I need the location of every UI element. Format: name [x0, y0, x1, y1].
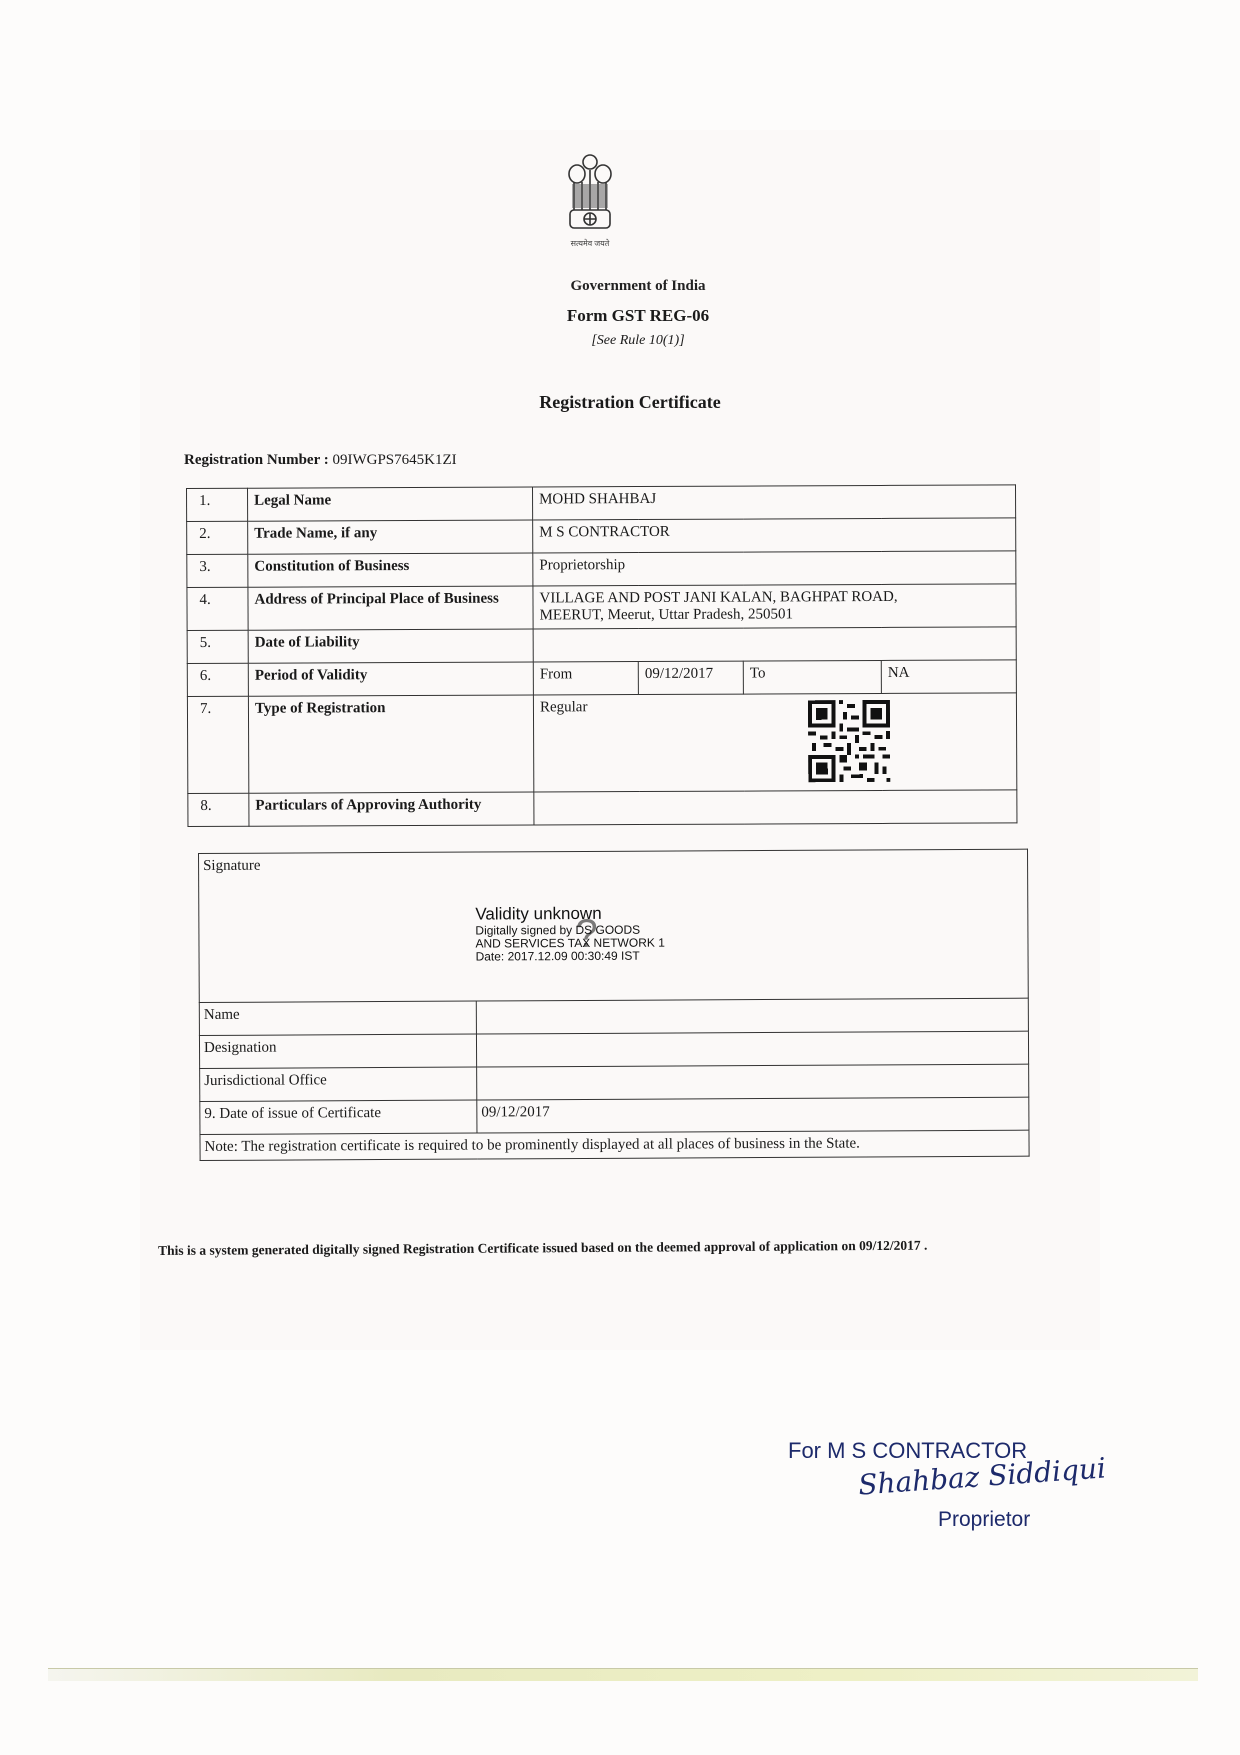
row-number: 1.: [187, 488, 248, 521]
national-emblem-icon: [560, 148, 620, 248]
table-row: 3. Constitution of Business Proprietorsh…: [187, 551, 1016, 588]
row-number: 4.: [187, 587, 248, 630]
authority-table: Signature ? Validity unknown Digitally s…: [198, 849, 1030, 1161]
table-row: Jurisdictional Office: [200, 1064, 1029, 1101]
row-number: 2.: [187, 521, 248, 554]
signature-cell: Signature ? Validity unknown Digitally s…: [199, 849, 1029, 1002]
registration-number-label: Registration Number :: [184, 452, 329, 468]
authority-name-label: Name: [199, 1001, 476, 1035]
row-number: 6.: [187, 663, 248, 696]
signature-label: Signature: [203, 854, 1023, 875]
table-row: Name: [199, 998, 1028, 1035]
government-heading: Government of India: [18, 278, 1240, 295]
display-note: Note: The registration certificate is re…: [200, 1130, 1029, 1160]
row-label: Period of Validity: [248, 662, 533, 696]
address-value: VILLAGE AND POST JANI KALAN, BAGHPAT ROA…: [533, 584, 1016, 629]
row-number: 5.: [187, 630, 248, 663]
row-label: Trade Name, if any: [248, 520, 533, 554]
jurisdictional-office-value: [477, 1064, 1029, 1100]
address-line-2: MEERUT, Meerut, Uttar Pradesh, 250501: [540, 605, 1010, 624]
emblem-motto: सत्यमेव जयते: [560, 238, 620, 249]
validity-from-label: From: [533, 662, 638, 695]
scan-edge-strip: [48, 1668, 1198, 1681]
approving-authority-value: [534, 790, 1017, 825]
table-row: 8. Particulars of Approving Authority: [188, 790, 1017, 827]
row-label: Particulars of Approving Authority: [249, 792, 534, 826]
row-label: Constitution of Business: [248, 553, 533, 587]
qr-code-icon: [808, 700, 890, 782]
date-of-liability-value: [533, 627, 1016, 662]
table-row: 1. Legal Name MOHD SHAHBAJ: [187, 485, 1016, 522]
validity-to-value: NA: [881, 660, 1016, 694]
validity-from-value: 09/12/2017: [638, 661, 743, 694]
note-row: Note: The registration certificate is re…: [200, 1130, 1029, 1160]
table-row: 2. Trade Name, if any M S CONTRACTOR: [187, 518, 1016, 555]
proprietor-stamp: For M S CONTRACTOR Shahbaz Siddiqui Prop…: [788, 1438, 1027, 1464]
form-title: Form GST REG-06: [18, 306, 1240, 326]
table-row: 5. Date of Liability: [187, 627, 1016, 664]
table-row: Designation: [199, 1031, 1028, 1068]
registration-details-table: 1. Legal Name MOHD SHAHBAJ 2. Trade Name…: [186, 484, 1017, 827]
question-mark-icon: ?: [575, 912, 597, 957]
designation-value: [476, 1031, 1028, 1067]
row-label: Legal Name: [248, 487, 533, 521]
row-label: Date of Liability: [248, 629, 533, 663]
table-row: 7. Type of Registration Regular: [187, 693, 1016, 794]
stamp-role: Proprietor: [938, 1508, 1030, 1532]
table-row: 6. Period of Validity From 09/12/2017 To…: [187, 660, 1016, 697]
trade-name-value: M S CONTRACTOR: [533, 518, 1016, 553]
authority-name-value: [476, 998, 1028, 1034]
jurisdictional-office-label: Jurisdictional Office: [200, 1067, 477, 1101]
rule-reference: [See Rule 10(1)]: [18, 333, 1240, 349]
registration-number: Registration Number : 09IWGPS7645K1ZI: [184, 452, 457, 469]
row-number: 3.: [187, 554, 248, 587]
signed-date: Date: 2017.12.09 00:30:49 IST: [476, 950, 665, 964]
digital-signature-block: ? Validity unknown Digitally signed by D…: [475, 904, 665, 964]
registration-type-cell: Regular: [533, 693, 1016, 792]
row-label: Address of Principal Place of Business: [248, 586, 533, 630]
row-number: 7.: [187, 696, 248, 793]
signature-validity: Validity unknown: [475, 904, 664, 925]
issue-date-label: 9. Date of issue of Certificate: [200, 1100, 477, 1134]
constitution-value: Proprietorship: [533, 551, 1016, 586]
page-title: Registration Certificate: [10, 392, 1240, 413]
address-line-1: VILLAGE AND POST JANI KALAN, BAGHPAT ROA…: [539, 588, 1009, 607]
designation-label: Designation: [199, 1034, 476, 1068]
signature-row: Signature ? Validity unknown Digitally s…: [199, 849, 1029, 1002]
registration-number-value: 09IWGPS7645K1ZI: [332, 452, 456, 468]
legal-name-value: MOHD SHAHBAJ: [532, 485, 1015, 520]
row-label: Type of Registration: [248, 695, 533, 793]
registration-type-value: Regular: [540, 699, 588, 715]
row-number: 8.: [188, 793, 249, 826]
issue-date-value: 09/12/2017: [477, 1097, 1029, 1133]
validity-to-label: To: [743, 660, 881, 694]
table-row: 4. Address of Principal Place of Busines…: [187, 584, 1016, 631]
table-row: 9. Date of issue of Certificate 09/12/20…: [200, 1097, 1029, 1134]
